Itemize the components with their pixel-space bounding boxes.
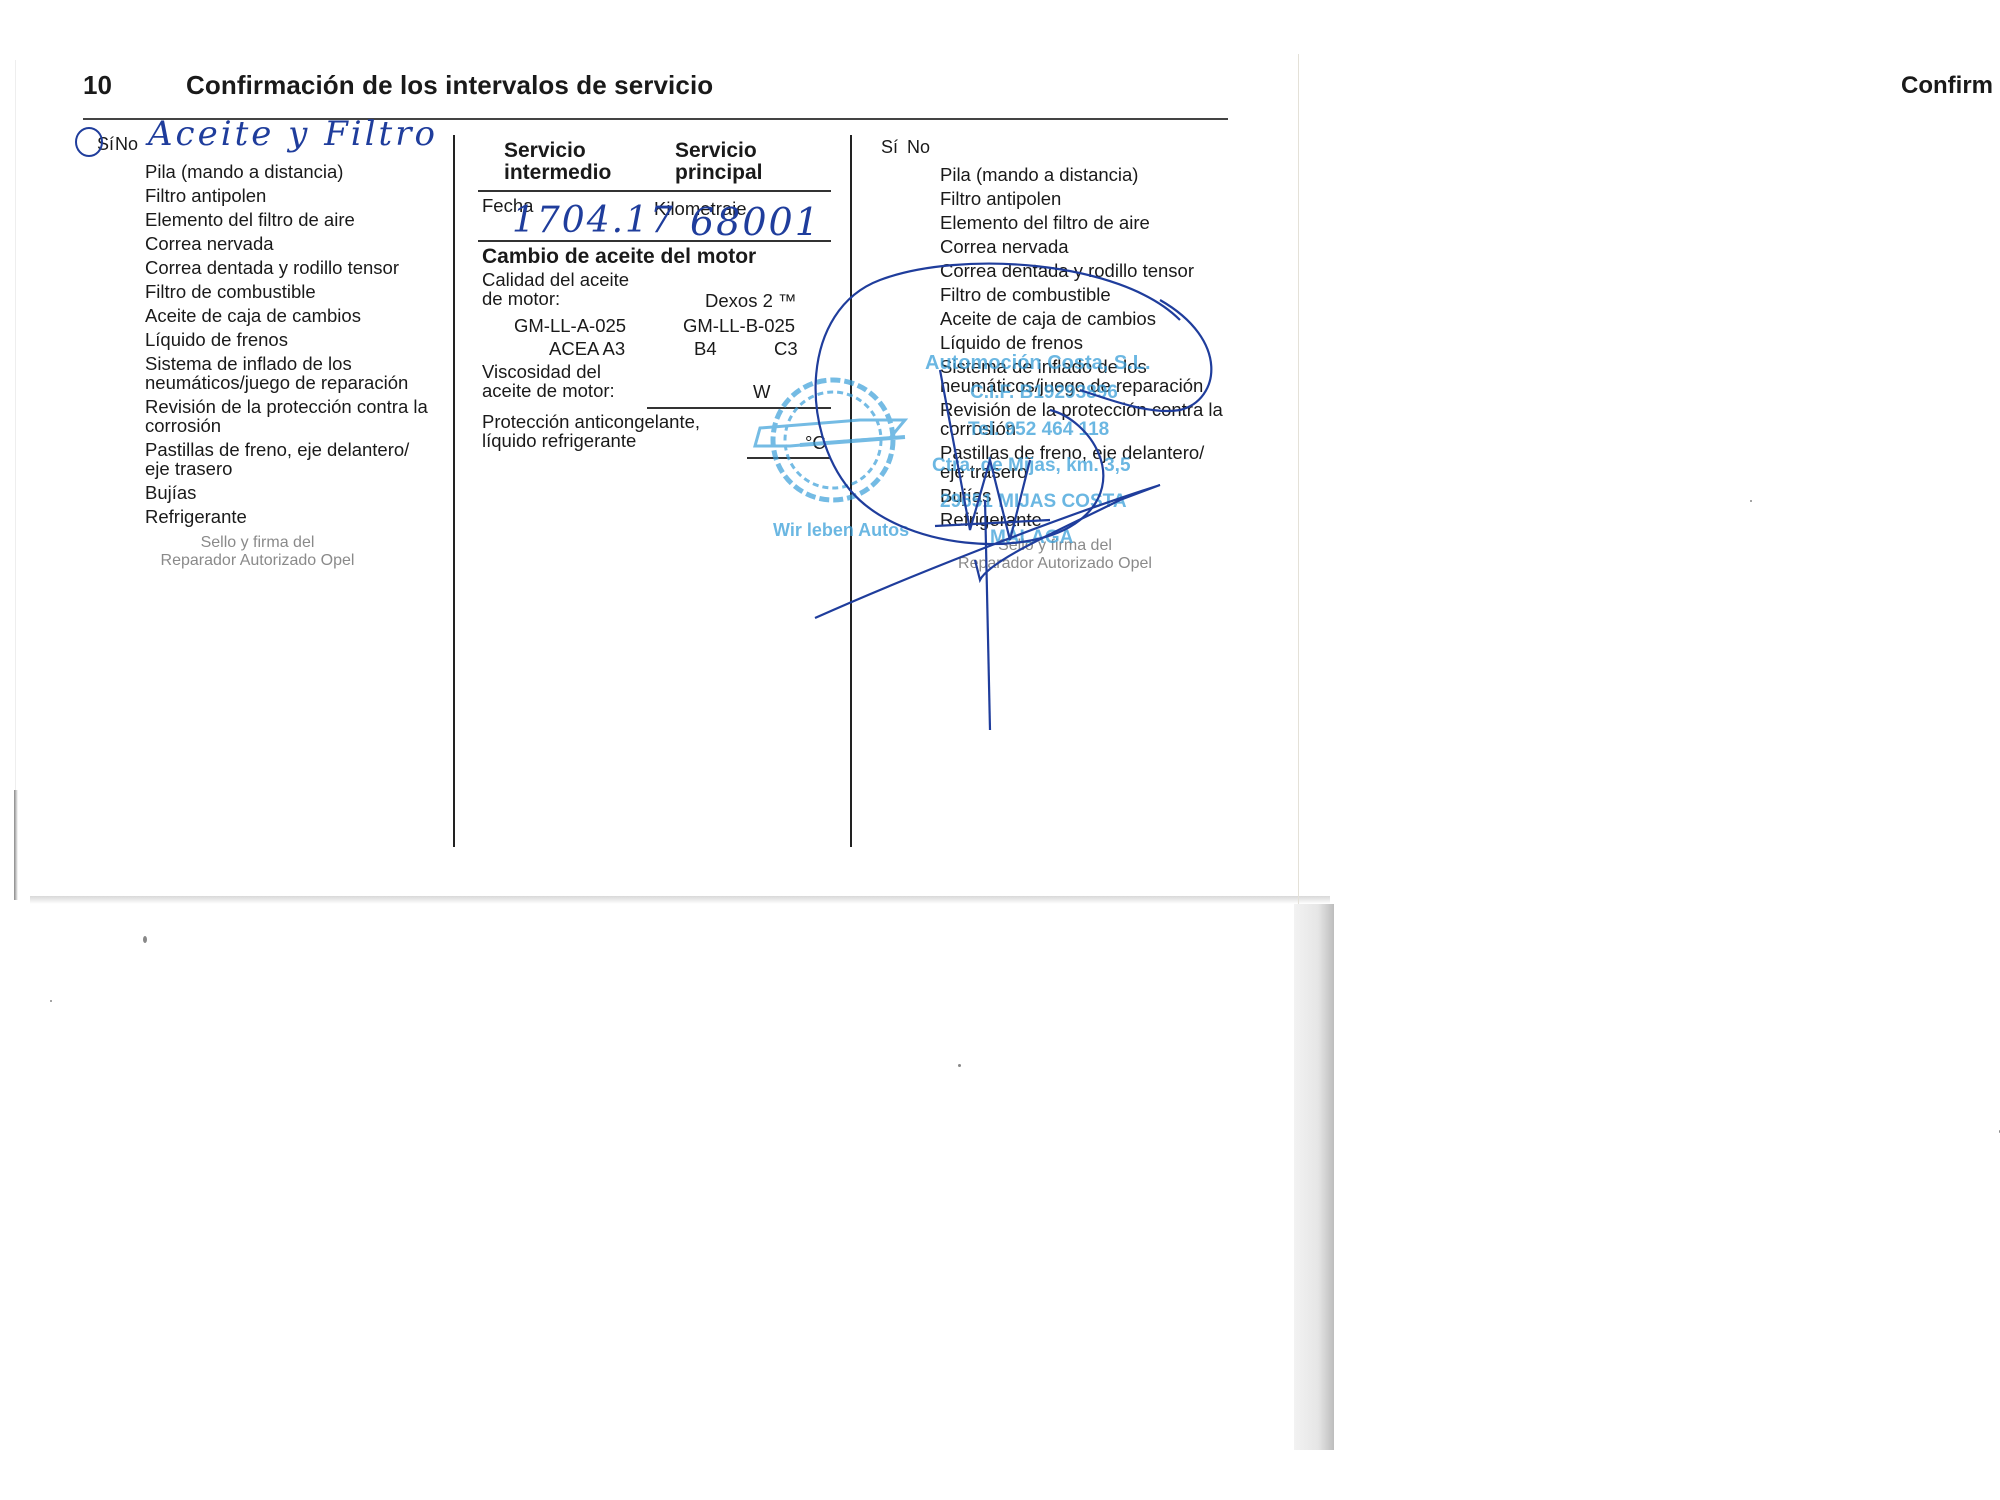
page-curl-shadow [14, 790, 18, 900]
heading-line: principal [675, 162, 763, 184]
label-line: de motor: [482, 289, 629, 308]
checklist-item-line: Filtro antipolen [145, 186, 266, 205]
handwritten-mileage[interactable]: 68001 [690, 200, 821, 244]
oil-quality-label: Calidad del aceite de motor: [482, 270, 629, 308]
dealer-stamp-address: Ctra. de Mijas, km. 3,5 [932, 455, 1131, 477]
spec-gm-ll-a: GM-LL-A-025 [514, 314, 626, 338]
checklist-item: Refrigerante [145, 507, 247, 526]
scan-speck [1750, 500, 1752, 502]
checklist-item-line: eje trasero [145, 459, 409, 478]
checklist-item: Aceite de caja de cambios [940, 309, 1156, 328]
page-bottom-shadow [30, 896, 1330, 904]
checklist-item: Filtro antipolen [940, 189, 1061, 208]
opel-stamp-slogan: Wir leben Autos [773, 520, 909, 541]
dealer-stamp-city: 29651 MIJAS COSTA [940, 491, 1127, 513]
spec-b4: B4 [694, 337, 717, 361]
checklist-item: Elemento del filtro de aire [940, 213, 1150, 232]
scan-speck [143, 936, 147, 943]
spec-c3: C3 [774, 337, 798, 361]
checklist-item-line: Bujías [145, 483, 196, 502]
viscosity-entry-line[interactable] [647, 407, 831, 409]
dealer-stamp-phone: Tel. 952 464 118 [968, 419, 1109, 441]
checklist-item: Correa dentada y rodillo tensor [145, 258, 399, 277]
checklist-item-line: Pila (mando a distancia) [145, 162, 343, 181]
label-line: Viscosidad del [482, 362, 615, 381]
label-line: Calidad del aceite [482, 270, 629, 289]
checklist-item: Bujías [145, 483, 196, 502]
service-main-heading: Servicio principal [675, 140, 763, 184]
checklist-item-line: Correa nervada [940, 237, 1069, 256]
check-si-label[interactable]: Sí [97, 134, 114, 155]
checklist-item-line: Filtro de combustible [940, 285, 1111, 304]
checklist-item: Aceite de caja de cambios [145, 306, 361, 325]
temp-unit: °C [805, 431, 826, 455]
antifreeze-label: Protección anticongelante, líquido refri… [482, 412, 700, 450]
heading-line: Servicio [675, 140, 763, 162]
checklist-item: Correa nervada [145, 234, 274, 253]
viscosity-label: Viscosidad del aceite de motor: [482, 362, 615, 400]
checklist-item: Pastillas de freno, eje delantero/eje tr… [145, 440, 409, 478]
checklist-item-line: Correa dentada y rodillo tensor [940, 261, 1194, 280]
checklist-item: Pila (mando a distancia) [940, 165, 1138, 184]
checklist-item: Correa nervada [940, 237, 1069, 256]
checklist-item: Elemento del filtro de aire [145, 210, 355, 229]
handwritten-note: Aceite y Filtro [148, 114, 438, 154]
checklist-item: Líquido de frenos [940, 333, 1083, 352]
checklist-item-line: Filtro antipolen [940, 189, 1061, 208]
label-line: líquido refrigerante [482, 431, 700, 450]
column-divider-right [850, 135, 852, 847]
heading-line: Servicio [504, 140, 611, 162]
check-no-label[interactable]: No [907, 137, 930, 158]
dexos-spec: Dexos 2 ™ [705, 289, 797, 313]
checklist-item: Sistema de inflado de losneumáticos/jueg… [145, 354, 408, 392]
checklist-item-line: Revisión de la protección contra la [145, 397, 428, 416]
next-page-title-fragment: Confirm [1901, 72, 1993, 100]
page-title: Confirmación de los intervalos de servic… [186, 70, 713, 101]
heading-line: intermedio [504, 162, 611, 184]
viscosity-unit: W [753, 380, 770, 404]
checklist-item-line: corrosión [145, 416, 428, 435]
scan-speck [958, 1064, 961, 1067]
checklist-item: Pila (mando a distancia) [145, 162, 343, 181]
checklist-item-line: Líquido de frenos [145, 330, 288, 349]
label-line: Protección anticongelante, [482, 412, 700, 431]
checklist-item-line: Aceite de caja de cambios [145, 306, 361, 325]
column-divider-left [453, 135, 455, 847]
checklist-item: Filtro antipolen [145, 186, 266, 205]
checklist-item-line: Elemento del filtro de aire [940, 213, 1150, 232]
spec-gm-ll-b: GM-LL-B-025 [683, 314, 795, 338]
page-left-edge [15, 60, 16, 840]
checklist-item-line: Sistema de inflado de los [145, 354, 408, 373]
checklist-item: Filtro de combustible [940, 285, 1111, 304]
checklist-item-line: Aceite de caja de cambios [940, 309, 1156, 328]
checklist-item-line: Filtro de combustible [145, 282, 316, 301]
seal-caption-line2: Reparador Autorizado Opel [935, 555, 1175, 573]
seal-caption-line1: Sello y firma del [140, 534, 375, 552]
checklist-item: Revisión de la protección contra lacorro… [145, 397, 428, 435]
binding-strip [1294, 904, 1334, 1450]
check-no-label[interactable]: No [115, 134, 138, 155]
scan-speck [50, 1000, 52, 1002]
checklist-item-line: Líquido de frenos [940, 333, 1083, 352]
checklist-item-line: neumáticos/juego de reparación [145, 373, 408, 392]
checklist-item-line: Pila (mando a distancia) [940, 165, 1138, 184]
seal-caption-line2: Reparador Autorizado Opel [140, 552, 375, 570]
checklist-item: Líquido de frenos [145, 330, 288, 349]
checklist-item-line: Correa dentada y rodillo tensor [145, 258, 399, 277]
checklist-item-line: Pastillas de freno, eje delantero/ [145, 440, 409, 459]
checklist-item-line: Refrigerante [145, 507, 247, 526]
page-number: 10 [83, 70, 112, 101]
check-si-label[interactable]: Sí [881, 137, 898, 158]
dealer-stamp-province: MÁLAGA [990, 527, 1073, 549]
oil-change-heading: Cambio de aceite del motor [482, 245, 756, 269]
spec-acea: ACEA A3 [549, 337, 625, 361]
dealer-stamp-name: Automoción Costa, S.L. [925, 352, 1151, 375]
seal-caption-left: Sello y firma del Reparador Autorizado O… [140, 534, 375, 570]
checklist-item-line: Elemento del filtro de aire [145, 210, 355, 229]
date-rule [478, 240, 831, 242]
checklist-item-line: Correa nervada [145, 234, 274, 253]
checklist-item: Correa dentada y rodillo tensor [940, 261, 1194, 280]
label-line: aceite de motor: [482, 381, 615, 400]
page-fold-line [1298, 54, 1299, 904]
checklist-item: Filtro de combustible [145, 282, 316, 301]
dealer-stamp-cif: C.I.F. B19293896 [970, 382, 1118, 404]
heading-rule [478, 190, 831, 192]
handwritten-date[interactable]: 1704.17 [512, 200, 675, 241]
service-intermediate-heading: Servicio intermedio [504, 140, 611, 184]
antifreeze-entry-line[interactable] [747, 457, 831, 459]
